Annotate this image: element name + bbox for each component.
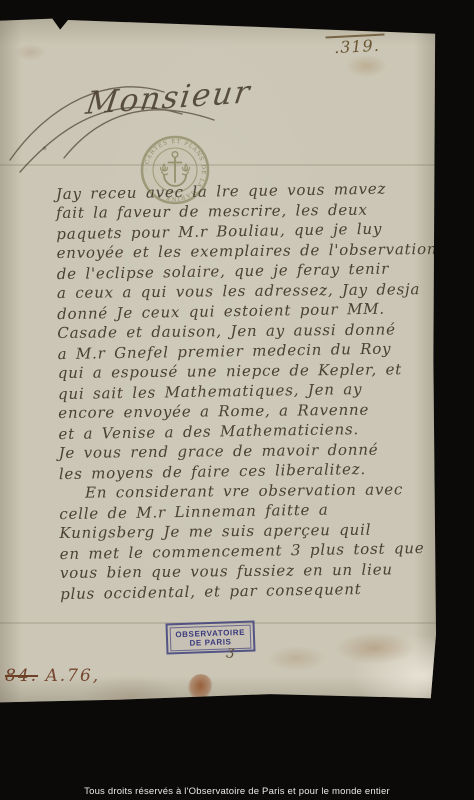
folio-number: .319. bbox=[325, 33, 385, 57]
wax-stain bbox=[186, 672, 215, 702]
fold-line bbox=[0, 164, 436, 166]
manuscript-paper: .319. Monsieur · CARTES ET PLANS DE LA M… bbox=[0, 18, 436, 703]
letter-body: Jay receu avec la lre que vous mavez fai… bbox=[56, 179, 432, 603]
photograph-background: .319. Monsieur · CARTES ET PLANS DE LA M… bbox=[0, 0, 474, 800]
observatoire-de-paris-stamp: OBSERVATOIRE DE PARIS bbox=[165, 620, 255, 654]
salutation: Monsieur bbox=[84, 74, 254, 122]
ink-squiggle: ʒ bbox=[226, 644, 235, 660]
shelfmark: 84. A.76, bbox=[5, 666, 100, 686]
shelfmark-code: A.76, bbox=[45, 666, 100, 686]
copyright-caption: Tous droits réservés à l'Observatoire de… bbox=[0, 786, 474, 797]
shelfmark-struck: 84. bbox=[5, 666, 38, 686]
